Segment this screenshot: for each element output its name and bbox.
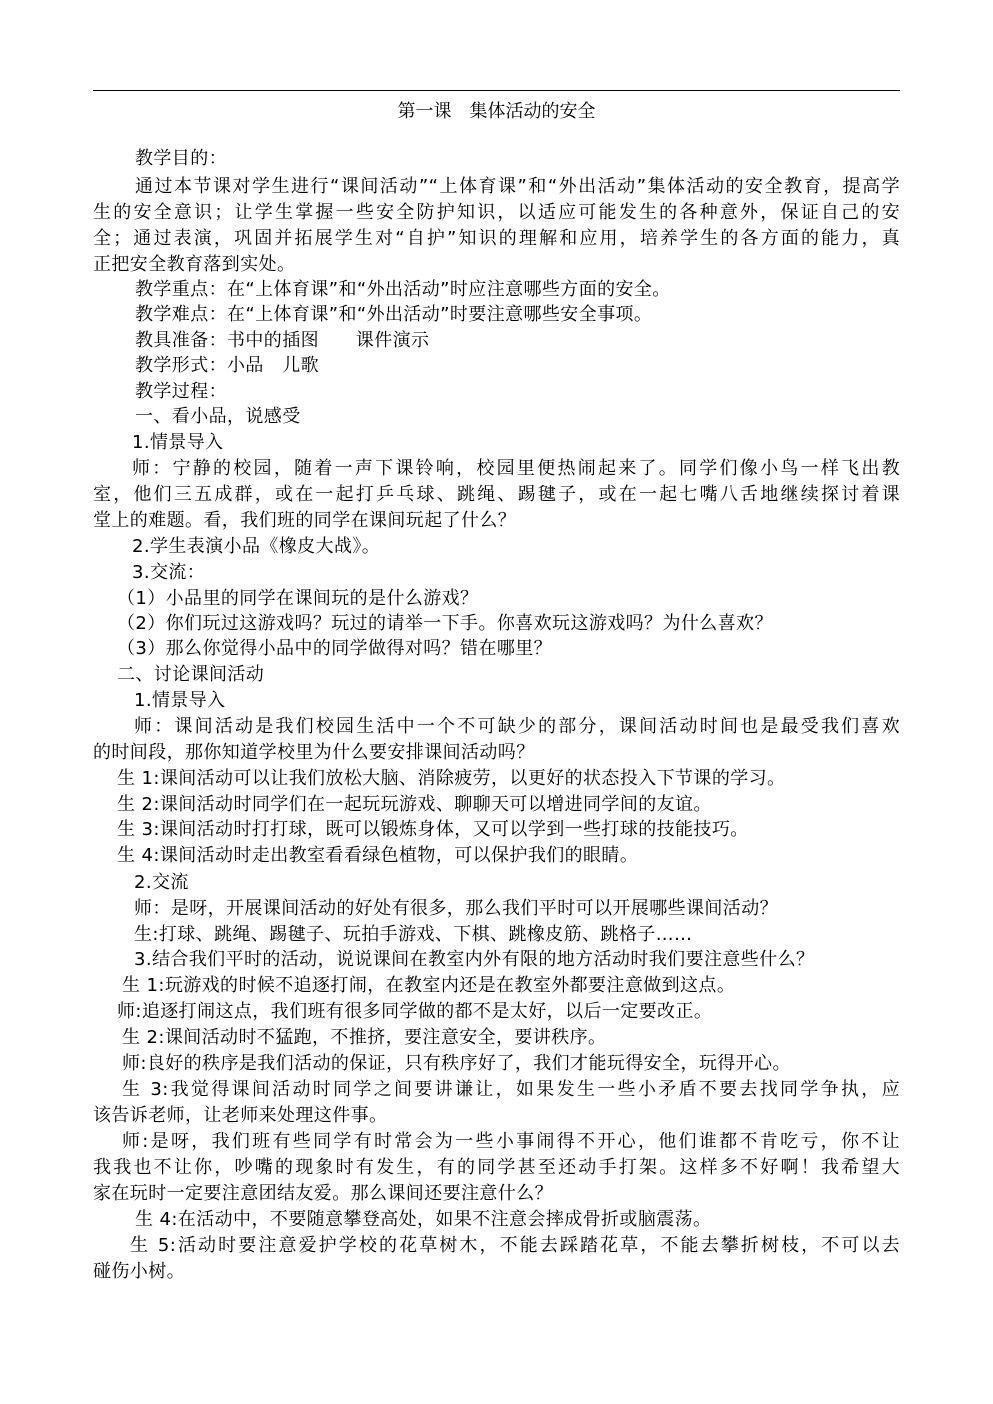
text-line: 该告诉老师，让老师来处理这件事。 (93, 1105, 387, 1127)
text-line: 2.交流 (134, 872, 189, 894)
text-line: 生 2:课间活动时同学们在一起玩玩游戏、聊聊天可以增进同学间的友谊。 (117, 794, 712, 816)
text-line: 1.情景导入 (134, 690, 226, 712)
text-line: 生:打球、跳绳、踢毽子、玩拍手游戏、下棋、跳橡皮筋、跳格子…… (134, 924, 692, 946)
text-line: 师：是呀，开展课间活动的好处有很多，那么我们平时可以开展哪些课间活动？ (134, 898, 778, 920)
text-line: 师：宁静的校园，随着一声下课铃响，校园里便热闹起来了。同学们像小鸟一样飞出教 (132, 458, 900, 480)
text-line: 家在玩时一定要注意团结友爱。那么课间还要注意什么？ (93, 1183, 553, 1205)
text-line: 生的安全意识；让学生掌握一些安全防护知识，以适应可能发生的各种意外，保证自己的安 (93, 202, 900, 224)
text-line: （1）小品里的同学在课间玩的是什么游戏？ (117, 588, 478, 610)
text-line: 室，他们三五成群，或在一起打乒乓球、跳绳、踢毽子，或在一起七嘴八舌地继续探讨着课 (93, 484, 900, 506)
text-line: 生 1:玩游戏的时候不追逐打闹，在教室内还是在教室外都要注意做到这点。 (122, 975, 735, 997)
text-line: 生 4:课间活动时走出教室看看绿色植物，可以保护我们的眼睛。 (117, 845, 638, 867)
text-line: 二、讨论课间活动 (117, 664, 264, 686)
text-line: 生 1:课间活动可以让我们放松大脑、消除疲劳，以更好的状态投入下节课的学习。 (117, 768, 785, 790)
header-rule (93, 90, 900, 91)
text-line: 堂上的难题。看，我们班的同学在课间玩起了什么？ (93, 510, 516, 532)
text-line: （2）你们玩过这游戏吗？玩过的请举一下手。你喜欢玩这游戏吗？为什么喜欢？ (117, 613, 773, 635)
text-line: 通过本节课对学生进行“课间活动”“上体育课”和“外出活动”集体活动的安全教育，提… (135, 176, 900, 198)
text-line: 全；通过表演，巩固并拓展学生对“自护”知识的理解和应用，培养学生的各方面的能力，… (93, 228, 900, 250)
document-title: 第一课 集体活动的安全 (0, 97, 993, 123)
text-line: 一、看小品，说感受 (135, 406, 301, 428)
text-line: 生 2:课间活动时不猛跑，不推挤，要注意安全，要讲秩序。 (122, 1027, 606, 1049)
text-line: 3.交流： (132, 562, 205, 584)
text-line: 生 5:活动时要注意爱护学校的花草树木，不能去踩踏花草，不能去攀折树枝，不可以去 (130, 1235, 900, 1257)
text-line: 师:是呀，我们班有些同学有时常会为一些小事闹得不开心，他们谁都不肯吃亏，你不让 (122, 1131, 900, 1153)
text-line: 教学形式：小品 儿歌 (135, 355, 319, 377)
text-line: 师：课间活动是我们校园生活中一个不可缺少的部分，课间活动时间也是最受我们喜欢 (134, 716, 900, 738)
text-line: 教学难点：在“上体育课”和“外出活动”时要注意哪些安全事项。 (135, 304, 652, 326)
text-line: 生 4:在活动中，不要随意攀登高处，如果不注意会摔成骨折或脑震荡。 (135, 1209, 711, 1231)
text-line: 我我也不让你，吵嘴的现象时有发生，有的同学甚至还动手打架。这样多不好啊！我希望大 (93, 1157, 900, 1179)
text-line: 教学重点：在“上体育课”和“外出活动”时应注意哪些方面的安全。 (135, 279, 671, 301)
text-line: 碰伤小树。 (93, 1261, 185, 1283)
text-line: 教学目的： (135, 148, 227, 170)
text-line: 师:良好的秩序是我们活动的保证，只有秩序好了，我们才能玩得安全，玩得开心。 (122, 1053, 791, 1075)
text-line: 教学过程： (135, 381, 227, 403)
text-line: 生 3:我觉得课间活动时同学之间要讲谦让，如果发生一些小矛盾不要去找同学争执，应 (122, 1079, 900, 1101)
text-line: 1.情景导入 (132, 432, 224, 454)
text-line: 师:追逐打闹这点，我们班有很多同学做的都不是太好，以后一定要改正。 (117, 1001, 712, 1023)
text-line: 生 3:课间活动时打打球，既可以锻炼身体，又可以学到一些打球的技能技巧。 (117, 819, 749, 841)
text-line: 的时间段，那你知道学校里为什么要安排课间活动吗？ (93, 742, 535, 764)
text-line: （3）那么你觉得小品中的同学做得对吗？错在哪里？ (117, 638, 552, 660)
text-line: 3.结合我们平时的活动，说说课间在教室内外有限的地方活动时我们要注意些什么？ (134, 949, 814, 971)
text-line: 正把安全教育落到实处。 (93, 254, 295, 276)
text-line: 教具准备：书中的插图 课件演示 (135, 330, 429, 352)
text-line: 2.学生表演小品《橡皮大战》。 (132, 536, 380, 558)
